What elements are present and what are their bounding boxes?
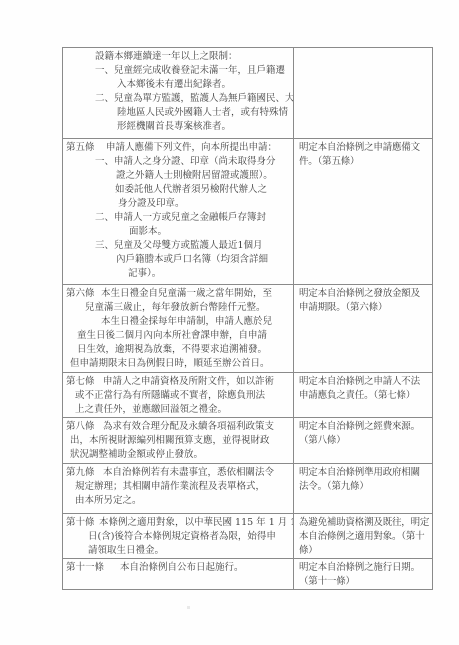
explanation-line: 明定本自治條例之申請應備文 [299,141,430,155]
explanation-line: 本自治條例之適用對象。（第十 [299,530,430,544]
clause-line: 證之外籍人士則檢附居留證或護照）。 [63,169,293,183]
clause-line: 設籍本鄉連續達一年以上之限制： [63,50,293,64]
clause-cell: 第九條本自治條例若有未盡事宜，悉依相關法令規定辦理；其相關申請作業流程及表單格式… [63,464,294,513]
clause-cell: 第七條申請人之申請資格及所附文件，如以詐術或不正當行為有所隱瞞或不實者，除應負刑… [63,373,294,417]
clause-cell: 第十一條本自治條例自公布日起施行。 [63,559,294,589]
clause-line: 如委託他人代辦者須另檢附代辦人之 [63,183,293,197]
table-row: 第八條為求有效合理分配及永續各項福利政策支出，本所視財源編列相關預算支應，並得視… [63,417,432,463]
table-row: 第七條申請人之申請資格及所附文件，如以詐術或不正當行為有所隱瞞或不實者，除應負刑… [63,372,432,417]
clause-line: 內戶籍謄本或戶口名簿（均須含詳細 [63,253,293,267]
clause-line: 日(含)後符合本條例規定資格者為限，始得申 [63,530,293,544]
clause-line: 童生日後二個月內向本所社會課申辦，自申請 [63,329,293,343]
clause-line: 二、申請人一方或兒童之金融帳戶存簿封 [63,211,293,225]
clause-line: 申請人之申請資格及所附文件，如以詐術 [63,375,293,389]
explanation-line: 申請應負之責任。（第七條） [299,389,430,403]
explanation-line: 明定本自治條例之發放金額及 [299,287,430,301]
explanation-line: 法令。（第九條） [299,480,430,494]
clause-line: 為求有效合理分配及永續各項福利政策支 [63,420,293,434]
clause-line: 記事）。 [63,267,293,281]
explanation-line: （第十一條） [299,575,430,589]
clause-line: 三、兒童及父母雙方或監護人最近1個月 [63,239,293,253]
clause-line: 陸地區人民或外國籍人士者，或有特殊情 [63,106,293,120]
explanation-line: 明定本自治條例準用政府相關 [299,466,430,480]
explanation-line: 申請期限。（第六條） [299,301,430,315]
table-row: 設籍本鄉連續達一年以上之限制：一、兒童經完成收養登記未滿一年，且戶籍遷入本鄉後未… [63,48,432,138]
clause-line: 由本所另定之。 [63,494,293,508]
explanation-line: 為避免補助資格溯及既往，明定 [299,516,430,530]
table-row: 第六條本生日禮金自兒童滿一歲之當年開始，至兒童滿三歲止，每年發放新台幣陸仟元整。… [63,284,432,372]
article-number: 第十條 [66,516,95,530]
clause-cell: 第八條為求有效合理分配及永續各項福利政策支出，本所視財源編列相關預算支應，並得視… [63,418,294,463]
clause-cell: 第十條本條例之適用對象，以中華民國 115 年 1 月 1日(含)後符合本條例規… [63,514,294,558]
explanation-cell: 明定本自治條例之申請人不法申請應負之責任。（第七條） [294,373,432,417]
clause-line: 入本鄉後未有遷出紀錄者。 [63,78,293,92]
clause-line: 狀況調整補助金額或停止發放。 [63,448,293,462]
ordinance-table: 設籍本鄉連續達一年以上之限制：一、兒童經完成收養登記未滿一年，且戶籍遷入本鄉後未… [62,47,433,590]
article-number: 第八條 [66,420,95,434]
clause-line: 或不正當行為有所隱瞞或不實者，除應負刑法 [63,389,293,403]
clause-cell: 第六條本生日禮金自兒童滿一歲之當年開始，至兒童滿三歲止，每年發放新台幣陸仟元整。… [63,285,294,372]
explanation-line: 明定本自治條例之施行日期。 [299,561,430,575]
clause-line: 身分證及印章。 [63,197,293,211]
explanation-cell: 明定本自治條例之申請應備文件。（第五條） [294,139,432,284]
clause-line: 出，本所視財源編列相關預算支應，並得視財政 [63,434,293,448]
table-row: 第九條本自治條例若有未盡事宜，悉依相關法令規定辦理；其相關申請作業流程及表單格式… [63,463,432,513]
clause-line: 面影本。 [63,225,293,239]
explanation-cell: 明定本自治條例之施行日期。（第十一條） [294,559,432,589]
explanation-cell: 明定本自治條例準用政府相關法令。（第九條） [294,464,432,513]
clause-line: 上之責任外，並應繳回溢領之禮金。 [63,403,293,417]
table-row: 第十一條本自治條例自公布日起施行。明定本自治條例之施行日期。（第十一條） [63,558,432,589]
explanation-cell [294,48,432,138]
explanation-line: 明定本自治條例之經費來源。 [299,420,430,434]
clause-line: 本條例之適用對象，以中華民國 115 年 1 月 1 [63,516,293,530]
article-number: 第十一條 [66,561,104,575]
clause-line: 請領取生日禮金。 [63,544,293,558]
clause-line: 本生日禮金採每年申請制，申請人應於兒 [63,315,293,329]
explanation-cell: 明定本自治條例之經費來源。（第八條） [294,418,432,463]
clause-cell: 第五條申請人應備下列文件，向本所提出申請：一、申請人之身分證、印章（尚未取得身分… [63,139,294,284]
explanation-line: 條） [299,544,430,558]
scanned-document-page: 設籍本鄉連續達一年以上之限制：一、兒童經完成收養登記未滿一年，且戶籍遷入本鄉後未… [0,0,459,645]
clause-line: 但申請期限末日為例假日時，順延至辦公首日。 [63,357,293,371]
table-row: 第十條本條例之適用對象，以中華民國 115 年 1 月 1日(含)後符合本條例規… [63,513,432,558]
clause-line: 本生日禮金自兒童滿一歲之當年開始，至 [63,287,293,301]
clause-line: 日生效，逾期視為放棄，不得要求追溯補發。 [63,343,293,357]
explanation-line: （第八條） [299,434,430,448]
explanation-cell: 為避免補助資格溯及既往，明定本自治條例之適用對象。（第十條） [294,514,432,558]
clause-line: 二、兒童為單方監護，監護人為無戶籍國民、大 [63,92,293,106]
explanation-line: 件。（第五條） [299,155,430,169]
article-number: 第七條 [66,375,95,389]
clause-line: 規定辦理；其相關申請作業流程及表單格式， [63,480,293,494]
clause-line: 本自治條例若有未盡事宜，悉依相關法令 [63,466,293,480]
clause-line: 申請人應備下列文件，向本所提出申請： [63,141,293,155]
scan-artifact-speck [187,606,190,609]
clause-cell: 設籍本鄉連續達一年以上之限制：一、兒童經完成收養登記未滿一年，且戶籍遷入本鄉後未… [63,48,294,138]
explanation-line: 明定本自治條例之申請人不法 [299,375,430,389]
clause-line: 一、申請人之身分證、印章（尚未取得身分 [63,155,293,169]
clause-line: 形經機關首長專案核准者。 [63,120,293,134]
clause-line: 一、兒童經完成收養登記未滿一年，且戶籍遷 [63,64,293,78]
article-number: 第五條 [66,141,95,155]
clause-line: 兒童滿三歲止，每年發放新台幣陸仟元整。 [63,301,293,315]
article-number: 第九條 [66,466,95,480]
explanation-cell: 明定本自治條例之發放金額及申請期限。（第六條） [294,285,432,372]
table-row: 第五條申請人應備下列文件，向本所提出申請：一、申請人之身分證、印章（尚未取得身分… [63,138,432,284]
article-number: 第六條 [66,287,95,301]
